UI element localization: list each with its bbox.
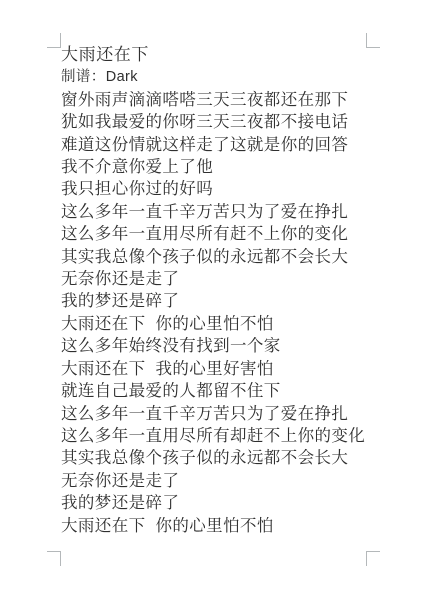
crop-mark-bottom-right-icon [366, 551, 380, 566]
song-title: 大雨还在下 [61, 44, 381, 66]
crop-mark-bottom-left-icon [47, 551, 61, 566]
document-page: 大雨还在下 制谱：Dark 窗外雨声滴滴嗒嗒三天三夜都还在那下犹如我最爱的你呀三… [0, 0, 428, 600]
lyric-line: 窗外雨声滴滴嗒嗒三天三夜都还在那下 [61, 89, 381, 111]
lyric-line: 无奈你还是走了 [61, 470, 381, 492]
lyric-line: 犹如我最爱的你呀三天三夜都不接电话 [61, 111, 381, 133]
lyric-line: 大雨还在下 我的心里好害怕 [61, 358, 381, 380]
lyric-line: 我的梦还是碎了 [61, 290, 381, 312]
lyric-line: 其实我总像个孩子似的永远都不会长大 [61, 246, 381, 268]
lyric-line: 这么多年一直千辛万苦只为了爱在挣扎 [61, 201, 381, 223]
lyric-line: 我的梦还是碎了 [61, 492, 381, 514]
lyric-line: 这么多年一直千辛万苦只为了爱在挣扎 [61, 403, 381, 425]
lyric-line: 就连自己最爱的人都留不住下 [61, 380, 381, 402]
credit-line: 制谱：Dark [61, 66, 381, 88]
lyric-line: 我只担心你过的好吗 [61, 178, 381, 200]
lyrics-body: 窗外雨声滴滴嗒嗒三天三夜都还在那下犹如我最爱的你呀三天三夜都不接电话难道这份情就… [61, 89, 381, 537]
lyrics-sheet: 大雨还在下 制谱：Dark 窗外雨声滴滴嗒嗒三天三夜都还在那下犹如我最爱的你呀三… [61, 44, 381, 537]
lyric-line: 这么多年一直用尽所有却赶不上你的变化 [61, 425, 381, 447]
lyric-line: 这么多年始终没有找到一个家 [61, 335, 381, 357]
crop-mark-top-left-icon [47, 33, 61, 48]
lyric-line: 我不介意你爱上了他 [61, 156, 381, 178]
lyric-line: 无奈你还是走了 [61, 268, 381, 290]
lyric-line: 大雨还在下 你的心里怕不怕 [61, 313, 381, 335]
lyric-line: 难道这份情就这样走了这就是你的回答 [61, 134, 381, 156]
lyric-line: 其实我总像个孩子似的永远都不会长大 [61, 447, 381, 469]
lyric-line: 大雨还在下 你的心里怕不怕 [61, 515, 381, 537]
lyric-line: 这么多年一直用尽所有赶不上你的变化 [61, 223, 381, 245]
